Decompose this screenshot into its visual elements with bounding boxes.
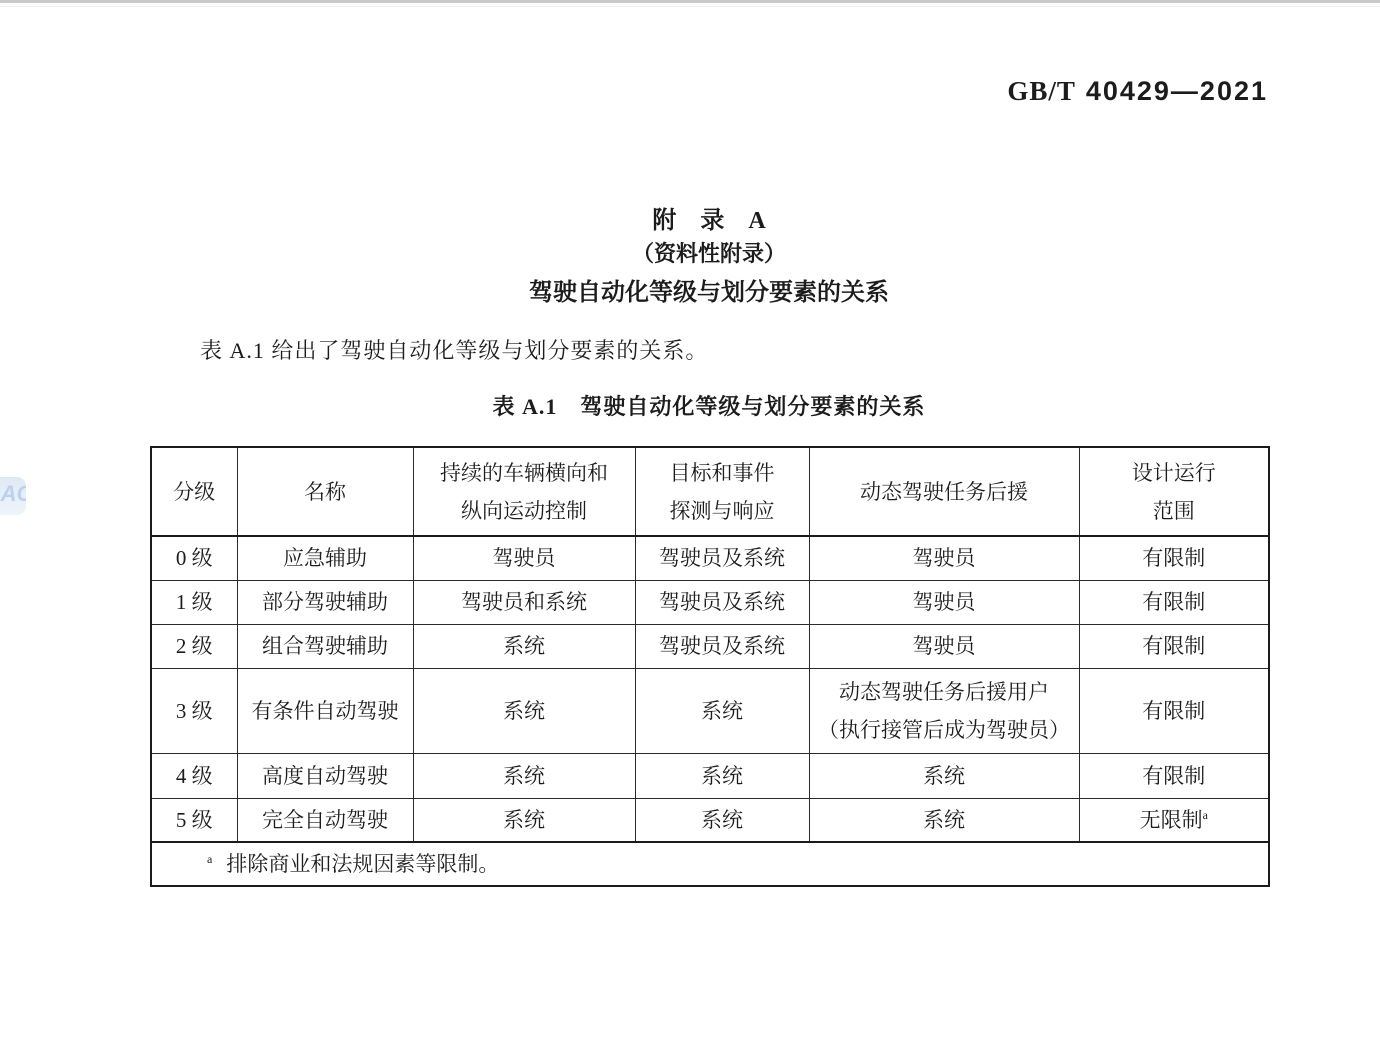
cell-level: 5 级 (151, 798, 237, 842)
standard-code-number: 40429—2021 (1086, 76, 1268, 106)
table-row-level5: 5 级 完全自动驾驶 系统 系统 系统 无限制a (151, 798, 1269, 842)
footnote-marker: a (207, 852, 212, 866)
cell-fallback: 系统 (809, 798, 1079, 842)
cell-odd: 有限制 (1079, 753, 1269, 798)
cell-level: 2 级 (151, 624, 237, 668)
cell-level: 4 级 (151, 753, 237, 798)
standard-code-prefix: GB/T (1007, 76, 1076, 106)
cell-fallback: 驾驶员 (809, 580, 1079, 624)
cell-level: 0 级 (151, 536, 237, 580)
footnote-ref-marker: a (1203, 808, 1208, 822)
cell-control: 系统 (413, 753, 635, 798)
automation-levels-table: 分级 名称 持续的车辆横向和 纵向运动控制 目标和事件 探测与响应 动态驾驶任务… (150, 446, 1270, 887)
cell-detect: 系统 (635, 798, 809, 842)
appendix-subtitle: （资料性附录） (150, 237, 1268, 268)
document-page: SAC GB/T40429—2021 附 录 A （资料性附录） 驾驶自动化等级… (0, 0, 1380, 1064)
page-top-edge (0, 0, 1380, 3)
cell-level: 1 级 (151, 580, 237, 624)
col-header-odd: 设计运行 范围 (1079, 447, 1269, 536)
cell-control: 驾驶员 (413, 536, 635, 580)
intro-paragraph: 表 A.1 给出了驾驶自动化等级与划分要素的关系。 (150, 334, 1318, 365)
cell-odd: 无限制a (1079, 798, 1269, 842)
appendix-title: 附 录 A (150, 200, 1268, 235)
cell-detect: 驾驶员及系统 (635, 536, 809, 580)
standard-code: GB/T40429—2021 (150, 76, 1268, 107)
cell-fallback: 驾驶员 (809, 536, 1079, 580)
table-caption: 表 A.1 驾驶自动化等级与划分要素的关系 (150, 390, 1268, 421)
cell-name: 完全自动驾驶 (237, 798, 413, 842)
cell-level: 3 级 (151, 668, 237, 753)
table-header-row: 分级 名称 持续的车辆横向和 纵向运动控制 目标和事件 探测与响应 动态驾驶任务… (151, 447, 1269, 536)
col-header-level: 分级 (151, 447, 237, 536)
cell-fallback: 动态驾驶任务后援用户 （执行接管后成为驾驶员） (809, 668, 1079, 753)
cell-control: 驾驶员和系统 (413, 580, 635, 624)
cell-name: 部分驾驶辅助 (237, 580, 413, 624)
cell-detect: 驾驶员及系统 (635, 580, 809, 624)
table-row-level1: 1 级 部分驾驶辅助 驾驶员和系统 驾驶员及系统 驾驶员 有限制 (151, 580, 1269, 624)
cell-control: 系统 (413, 624, 635, 668)
page-top-hairline (0, 6, 1380, 7)
col-header-object-detection: 目标和事件 探测与响应 (635, 447, 809, 536)
cell-odd: 有限制 (1079, 668, 1269, 753)
sac-watermark-label: SAC (0, 481, 26, 507)
footnote-text: 排除商业和法规因素等限制。 (226, 852, 499, 876)
cell-name: 组合驾驶辅助 (237, 624, 413, 668)
table-footnote-row: a排除商业和法规因素等限制。 (151, 842, 1269, 886)
col-header-fallback: 动态驾驶任务后援 (809, 447, 1079, 536)
cell-odd: 有限制 (1079, 536, 1269, 580)
appendix-heading: 驾驶自动化等级与划分要素的关系 (150, 272, 1268, 307)
cell-name: 应急辅助 (237, 536, 413, 580)
cell-detect: 驾驶员及系统 (635, 624, 809, 668)
cell-name: 有条件自动驾驶 (237, 668, 413, 753)
table-row-level4: 4 级 高度自动驾驶 系统 系统 系统 有限制 (151, 753, 1269, 798)
col-header-name: 名称 (237, 447, 413, 536)
cell-control: 系统 (413, 798, 635, 842)
cell-name: 高度自动驾驶 (237, 753, 413, 798)
table-row-level2: 2 级 组合驾驶辅助 系统 驾驶员及系统 驾驶员 有限制 (151, 624, 1269, 668)
col-header-motion-control: 持续的车辆横向和 纵向运动控制 (413, 447, 635, 536)
table-row-level3: 3 级 有条件自动驾驶 系统 系统 动态驾驶任务后援用户 （执行接管后成为驾驶员… (151, 668, 1269, 753)
cell-control: 系统 (413, 668, 635, 753)
cell-detect: 系统 (635, 753, 809, 798)
table-row-level0: 0 级 应急辅助 驾驶员 驾驶员及系统 驾驶员 有限制 (151, 536, 1269, 580)
cell-odd: 有限制 (1079, 580, 1269, 624)
cell-detect: 系统 (635, 668, 809, 753)
cell-fallback: 系统 (809, 753, 1079, 798)
odd-value: 无限制 (1140, 808, 1203, 832)
cell-fallback: 驾驶员 (809, 624, 1079, 668)
cell-odd: 有限制 (1079, 624, 1269, 668)
sac-watermark-badge: SAC (0, 477, 26, 515)
table-footnote-cell: a排除商业和法规因素等限制。 (151, 842, 1269, 886)
